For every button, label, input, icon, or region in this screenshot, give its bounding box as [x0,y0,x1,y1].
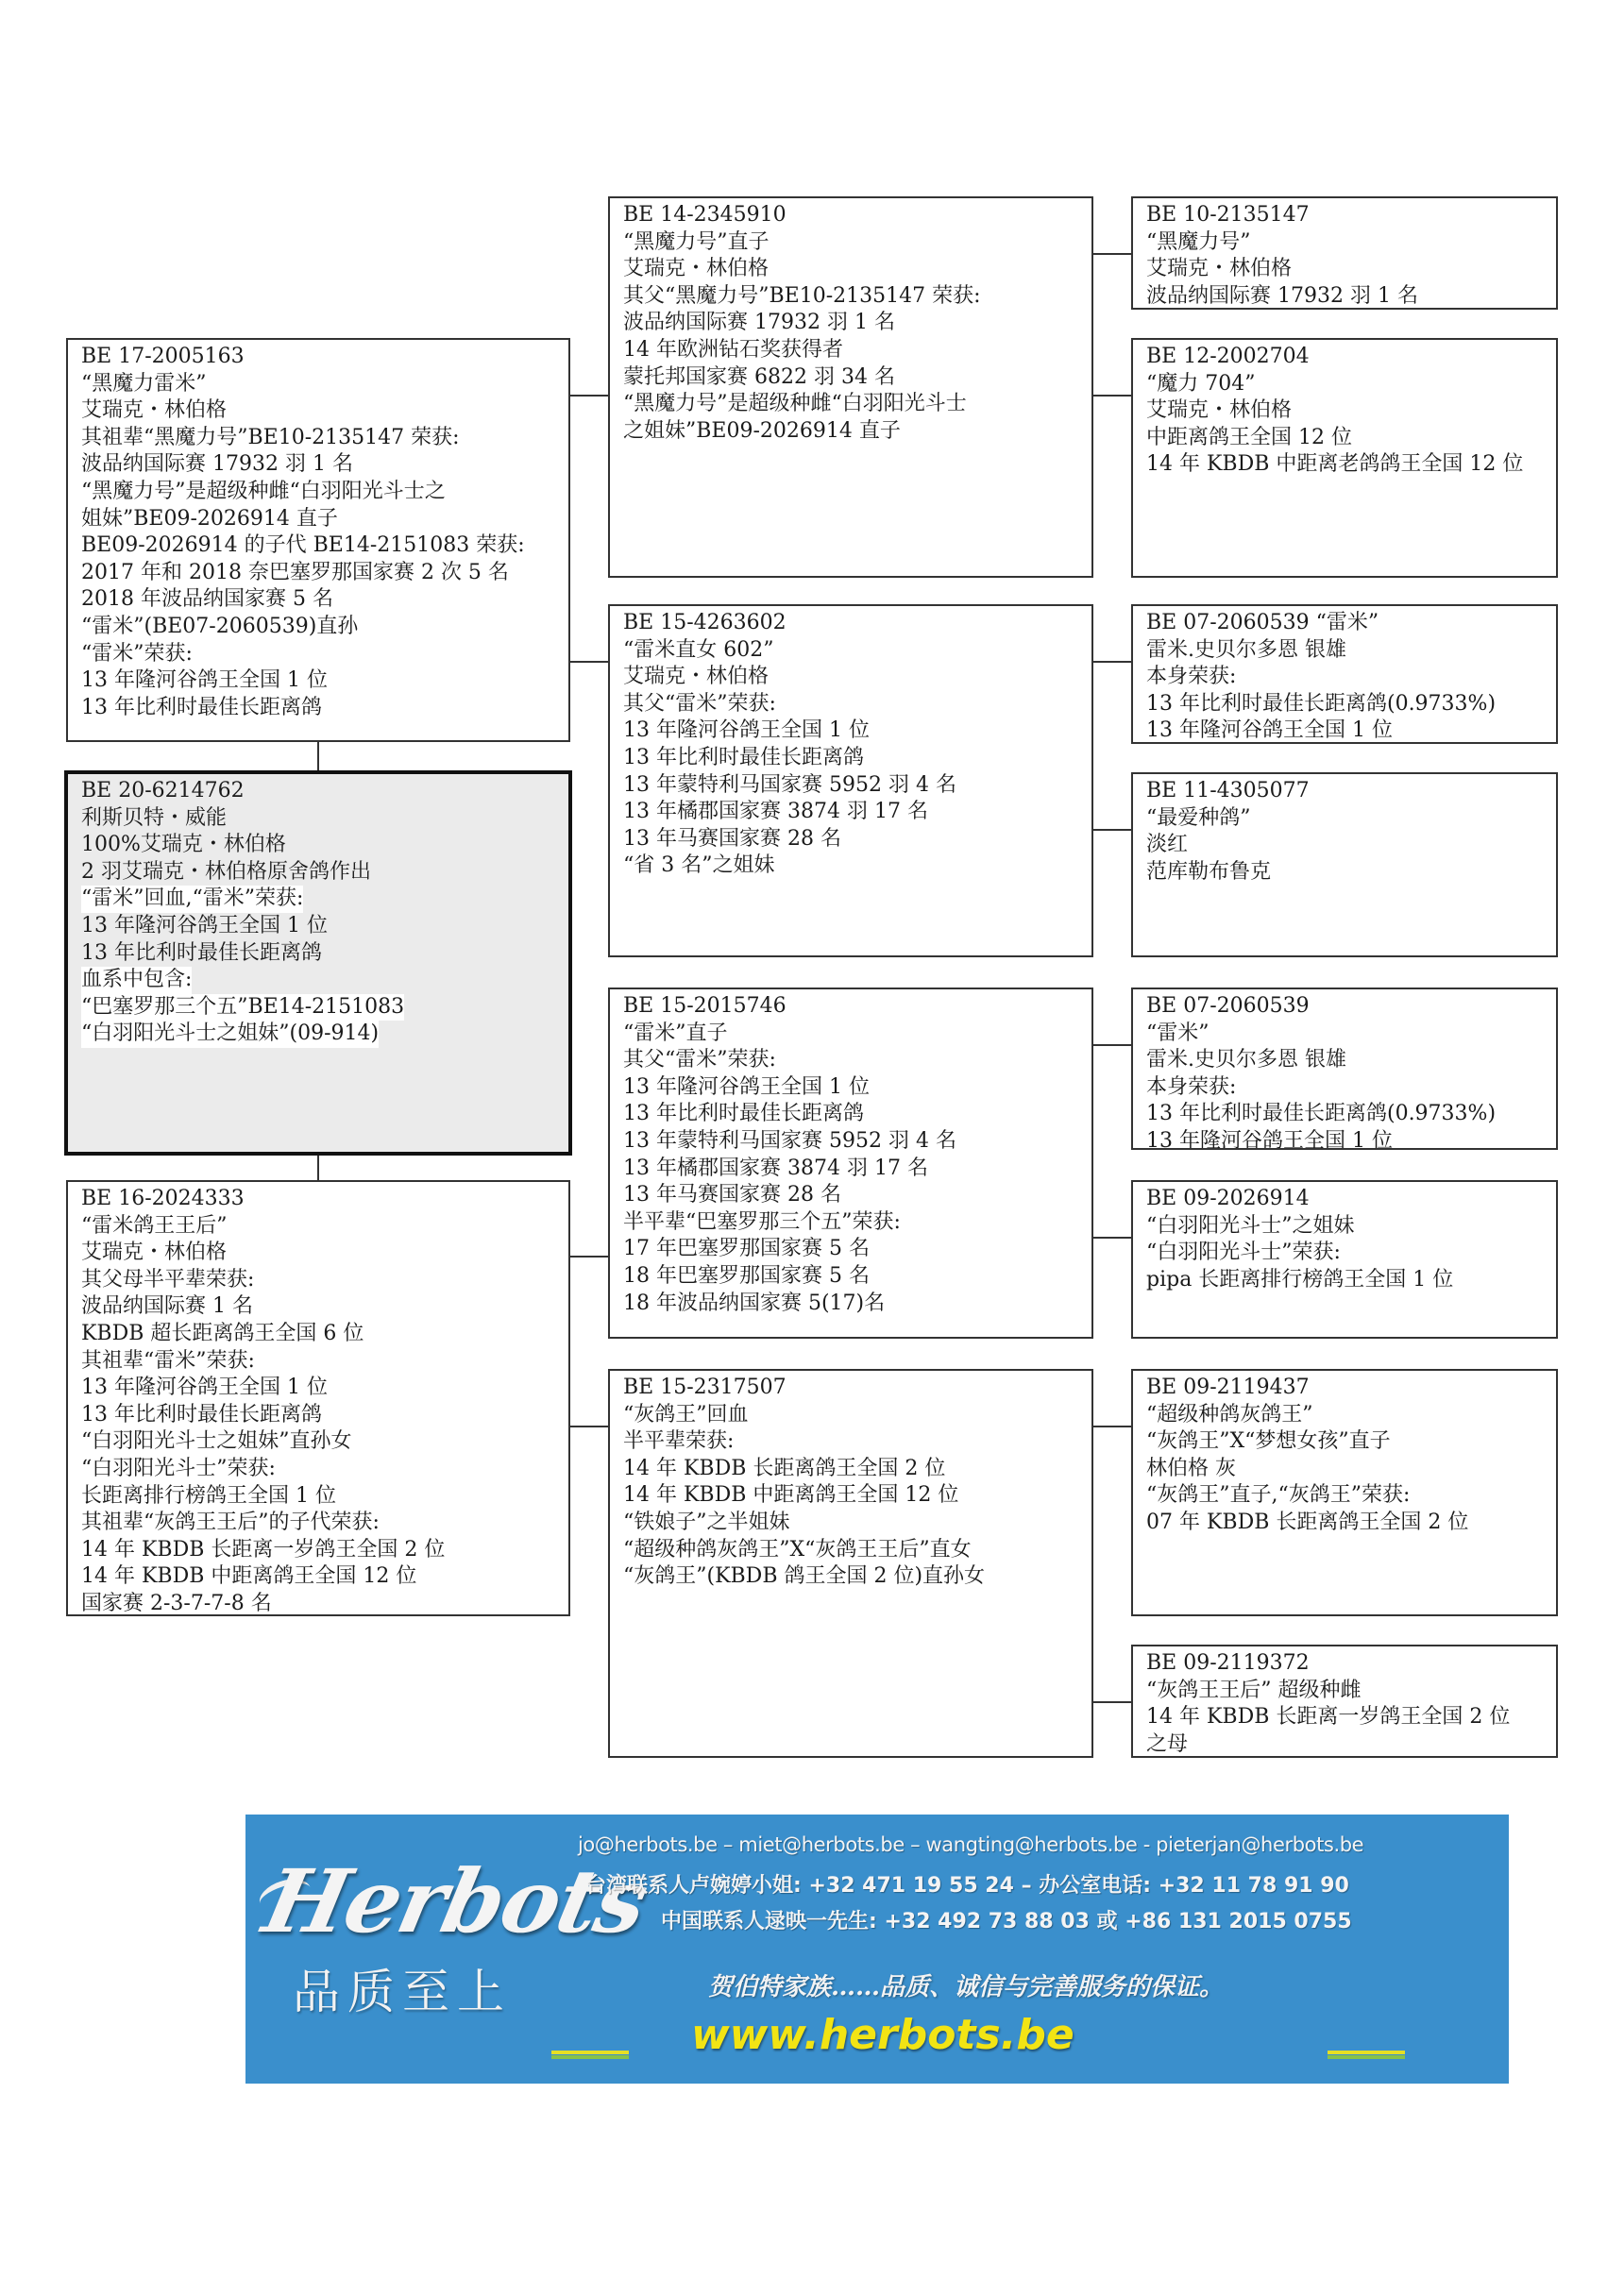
pedigree-line: KBDB 超长距离鸽王全国 6 位 [81,1321,555,1348]
pedigree-line: 中距离鸽王全国 12 位 [1146,425,1543,452]
pedigree-line: 13 年比利时最佳长距离鸽 [623,745,1078,772]
pedigree-line: 14 年 KBDB 中距离老鸽鸽王全国 12 位 [1146,451,1543,479]
pedigree-card-dd-dam: BE 09-2119372“灰鸽王王后” 超级种雌14 年 KBDB 长距离一岁… [1131,1645,1558,1758]
pedigree-line: 13 年橘郡国家赛 3874 羽 17 名 [623,1156,1078,1183]
pedigree-line: “灰鸽王”回血 [623,1402,1078,1429]
pedigree-line: “雷米”(BE07-2060539)直孙 [81,614,555,641]
pedigree-line: 07 年 KBDB 长距离鸽王全国 2 位 [1146,1510,1543,1537]
ring-number: BE 17-2005163 [81,344,555,371]
pedigree-line: 18 年波品纳国家赛 5(17)名 [623,1291,1078,1318]
pedigree-line: “魔力 704” [1146,371,1543,398]
pedigree-line: 13 年蒙特利马国家赛 5952 羽 4 名 [623,1128,1078,1156]
pedigree-line: 其祖辈“黑魔力号”BE10-2135147 荣获: [81,425,555,452]
pedigree-line: 13 年比利时最佳长距离鸽 [623,1101,1078,1128]
pedigree-line: “黑魔力雷米” [81,371,555,398]
ring-number: BE 15-2015746 [623,993,1078,1021]
pedigree-line: 艾瑞克・林伯格 [81,397,555,425]
pedigree-card-sire: BE 17-2005163“黑魔力雷米”艾瑞克・林伯格其祖辈“黑魔力号”BE10… [66,338,570,742]
tagline: 贺伯特家族……品质、诚信与完善服务的保证。 [708,1967,1224,2002]
decorative-line-right [1328,2051,1405,2054]
pedigree-line: “最爱种鸽” [1146,805,1543,833]
pedigree-card-dam: BE 16-2024333“雷米鸽王王后”艾瑞克・林伯格其父母半平辈荣获:波品纳… [66,1180,570,1616]
ring-number: BE 07-2060539 [1146,993,1543,1021]
pedigree-line: 14 年 KBDB 长距离一岁鸽王全国 2 位 [1146,1704,1543,1731]
taiwan-contact: 台湾联系人卢婉婷小姐: +32 471 19 55 24 – 办公室电话: +3… [585,1869,1349,1899]
connector-sd-dam [1093,829,1131,831]
pedigree-line: 波品纳国际赛 17932 羽 1 名 [1146,283,1543,310]
pedigree-line: 2018 年波品纳国家赛 5 名 [81,586,555,614]
pedigree-card-dam-dam: BE 15-2317507“灰鸽王”回血半平辈荣获:14 年 KBDB 长距离鸽… [608,1369,1093,1758]
pedigree-card-ds-dam: BE 09-2026914“白羽阳光斗士”之姐妹“白羽阳光斗士”荣获:pipa … [1131,1180,1558,1339]
pedigree-card-dd-sire: BE 09-2119437“超级种鸽灰鸽王”“灰鸽王”X“梦想女孩”直子林伯格 … [1131,1369,1558,1616]
pedigree-line: 其父“雷米”荣获: [623,1047,1078,1074]
pedigree-line: 其父母半平辈荣获: [81,1267,555,1294]
pedigree-line: “白羽阳光斗士之姐妹”直孙女 [81,1428,555,1456]
ring-number: BE 15-4263602 [623,610,1078,637]
highlighted-text: “白羽阳光斗士之姐妹”(09-914) [81,1021,379,1048]
pedigree-line: 淡红 [1146,832,1543,859]
pedigree-line: “白羽阳光斗士”之姐妹 [1146,1213,1543,1241]
pedigree-card-ss-dam: BE 12-2002704“魔力 704”艾瑞克・林伯格中距离鸽王全国 12 位… [1131,338,1558,578]
highlighted-text: “巴塞罗那三个五”BE14-2151083 [81,994,404,1021]
pedigree-line: “黑魔力号”是超级种雌“白羽阳光斗士之 [81,479,555,506]
pedigree-line: 半平辈荣获: [623,1428,1078,1456]
pedigree-line: 13 年马赛国家赛 28 名 [623,1182,1078,1209]
pedigree-line: 13 年隆河谷鸽王全国 1 位 [81,913,555,940]
pedigree-line: “巴塞罗那三个五”BE14-2151083 [81,994,555,1021]
ring-number: BE 11-4305077 [1146,778,1543,805]
pedigree-line: 13 年隆河谷鸽王全国 1 位 [1146,1128,1543,1150]
pedigree-line: 13 年橘郡国家赛 3874 羽 17 名 [623,799,1078,826]
pedigree-line: “白羽阳光斗士”荣获: [81,1456,555,1483]
pedigree-line: 2017 年和 2018 奈巴塞罗那国家赛 2 次 5 名 [81,560,555,587]
pedigree-line: 艾瑞克・林伯格 [623,664,1078,691]
connector-sd-sire [1093,661,1131,663]
pedigree-line: 艾瑞克・林伯格 [1146,397,1543,425]
pedigree-line: 13 年比利时最佳长距离鸽(0.9733%) [1146,1101,1543,1128]
pedigree-line: 18 年巴塞罗那国家赛 5 名 [623,1263,1078,1291]
pedigree-line: 长距离排行榜鸽王全国 1 位 [81,1483,555,1511]
pedigree-line: pipa 长距离排行榜鸽王全国 1 位 [1146,1267,1543,1294]
pedigree-line: 波品纳国际赛 1 名 [81,1293,555,1321]
pedigree-card-sire-sire: BE 14-2345910“黑魔力号”直子艾瑞克・林伯格其父“黑魔力号”BE10… [608,196,1093,578]
pedigree-line: 艾瑞克・林伯格 [623,256,1078,283]
pedigree-card-ss-sire: BE 10-2135147“黑魔力号”艾瑞克・林伯格波品纳国际赛 17932 羽… [1131,196,1558,310]
pedigree-line: 艾瑞克・林伯格 [1146,256,1543,283]
connector-subject-dam [317,1154,319,1180]
ring-number: BE 16-2024333 [81,1186,555,1213]
ring-number: BE 09-2119372 [1146,1650,1543,1678]
pedigree-line: “灰鸽王”直子,“灰鸽王”荣获: [1146,1482,1543,1510]
pedigree-line: 国家赛 2-3-7-7-8 名 [81,1591,555,1616]
pedigree-line: “雷米” [1146,1021,1543,1048]
connector-dd-sire [1093,1426,1131,1427]
pedigree-line: 半平辈“巴塞罗那三个五”荣获: [623,1209,1078,1237]
pedigree-line: 100%艾瑞克・林伯格 [81,832,555,859]
pedigree-line: 之姐妹”BE09-2026914 直子 [623,418,1078,446]
pedigree-line: “雷米”荣获: [81,641,555,668]
contact-emails[interactable]: jo@herbots.be – miet@herbots.be – wangti… [578,1833,1363,1856]
pedigree-line: “省 3 名”之姐妹 [623,853,1078,880]
pedigree-line: 本身荣获: [1146,664,1543,691]
connector-ds-dam [1093,1237,1131,1239]
herbots-banner: Herbots 品质至上 jo@herbots.be – miet@herbot… [245,1815,1509,2084]
pedigree-line: 艾瑞克・林伯格 [81,1240,555,1267]
website-link[interactable]: www.herbots.be [691,2011,1074,2059]
pedigree-line: 14 年 KBDB 中距离鸽王全国 12 位 [623,1482,1078,1510]
connector-ss-sire [1093,253,1131,255]
slogan: 品质至上 [293,1954,512,2022]
pedigree-line: 之母 [1146,1731,1543,1758]
pedigree-line: 13 年比利时最佳长距离鸽 [81,695,555,722]
pedigree-card-ds-sire: BE 07-2060539“雷米”雷米.史贝尔多恩 银雄本身荣获:13 年比利时… [1131,988,1558,1150]
connector-subject-sire [317,742,319,772]
pedigree-line: 本身荣获: [1146,1074,1543,1102]
pedigree-line: 13 年比利时最佳长距离鸽(0.9733%) [1146,691,1543,718]
herbots-logo: Herbots [256,1850,655,1952]
ring-number: BE 20-6214762 [81,778,555,805]
pedigree-card-subject: BE 20-6214762利斯贝特・威能100%艾瑞克・林伯格2 羽艾瑞克・林伯… [64,770,572,1156]
connector-sire-dam [570,661,608,663]
pedigree-line: BE09-2026914 的子代 BE14-2151083 荣获: [81,532,555,560]
pedigree-line: “黑魔力号”直子 [623,229,1078,257]
connector-ss-dam [1093,395,1131,397]
pedigree-line: 13 年隆河谷鸽王全国 1 位 [81,1375,555,1402]
pedigree-line: “雷米直女 602” [623,637,1078,665]
pedigree-line: 14 年欧洲钻石奖获得者 [623,337,1078,364]
pedigree-card-sd-dam: BE 11-4305077“最爱种鸽”淡红范库勒布鲁克 [1131,772,1558,957]
pedigree-line: 其父“雷米”荣获: [623,691,1078,718]
pedigree-line: “白羽阳光斗士”荣获: [1146,1240,1543,1267]
pedigree-line: 雷米.史贝尔多恩 银雄 [1146,637,1543,665]
pedigree-line: “灰鸽王王后” 超级种雌 [1146,1678,1543,1705]
pedigree-card-sire-dam: BE 15-4263602“雷米直女 602”艾瑞克・林伯格其父“雷米”荣获:1… [608,604,1093,957]
ring-number: BE 12-2002704 [1146,344,1543,371]
pedigree-line: 血系中包含: [81,967,555,994]
ring-number: BE 09-2026914 [1146,1186,1543,1213]
ring-number: BE 10-2135147 [1146,202,1543,229]
pedigree-line: “黑魔力号”是超级种雌“白羽阳光斗士 [623,391,1078,418]
pedigree-line: “灰鸽王”X“梦想女孩”直子 [1146,1428,1543,1456]
pedigree-line: 波品纳国际赛 17932 羽 1 名 [81,451,555,479]
pedigree-line: 17 年巴塞罗那国家赛 5 名 [623,1236,1078,1263]
pedigree-line: “白羽阳光斗士之姐妹”(09-914) [81,1021,555,1048]
highlighted-text: “雷米”回血,“雷米”荣获: [81,886,303,913]
pedigree-line: 雷米.史贝尔多恩 银雄 [1146,1047,1543,1074]
pedigree-line: 范库勒布鲁克 [1146,859,1543,886]
pedigree-line: 利斯贝特・威能 [81,805,555,833]
connector-sire-sire [570,395,608,397]
pedigree-line: 13 年马赛国家赛 28 名 [623,826,1078,853]
connector-ds-sire [1093,1044,1131,1046]
pedigree-line: 其祖辈“灰鸽王王后”的子代荣获: [81,1510,555,1537]
pedigree-line: 14 年 KBDB 长距离一岁鸽王全国 2 位 [81,1537,555,1564]
pedigree-line: 14 年 KBDB 长距离鸽王全国 2 位 [623,1456,1078,1483]
pedigree-line: “黑魔力号” [1146,229,1543,257]
pedigree-line: “铁娘子”之半姐妹 [623,1510,1078,1537]
china-contact: 中国联系人逯映一先生: +32 492 73 88 03 或 +86 131 2… [661,1905,1352,1934]
pedigree-line: “超级种鸽灰鸽王”X“灰鸽王王后”直女 [623,1537,1078,1564]
pedigree-line: 蒙托邦国家赛 6822 羽 34 名 [623,364,1078,392]
pedigree-card-dam-sire: BE 15-2015746“雷米”直子其父“雷米”荣获:13 年隆河谷鸽王全国 … [608,988,1093,1339]
connector-dam-dam [570,1426,608,1427]
pedigree-line: “雷米”直子 [623,1021,1078,1048]
pedigree-line: 13 年隆河谷鸽王全国 1 位 [623,1074,1078,1102]
pedigree-line: 13 年比利时最佳长距离鸽 [81,1402,555,1429]
pedigree-line: 14 年 KBDB 中距离鸽王全国 12 位 [81,1563,555,1591]
pedigree-line: “超级种鸽灰鸽王” [1146,1402,1543,1429]
connector-dam-sire [570,1256,608,1258]
pedigree-line: 13 年比利时最佳长距离鸽 [81,940,555,968]
pedigree-line: 其祖辈“雷米”荣获: [81,1348,555,1376]
pedigree-line: 13 年隆河谷鸽王全国 1 位 [1146,717,1543,744]
pedigree-line: “灰鸽王”(KBDB 鸽王全国 2 位)直孙女 [623,1563,1078,1591]
pedigree-line: 波品纳国际赛 17932 羽 1 名 [623,310,1078,337]
pedigree-line: 姐妹”BE09-2026914 直子 [81,506,555,533]
ring-number: BE 07-2060539 “雷米” [1146,610,1543,637]
highlighted-text: 血系中包含: [81,967,192,994]
pedigree-line: 13 年隆河谷鸽王全国 1 位 [81,667,555,695]
connector-dd-dam [1093,1701,1131,1703]
pedigree-card-sd-sire: BE 07-2060539 “雷米”雷米.史贝尔多恩 银雄本身荣获:13 年比利… [1131,604,1558,744]
ring-number: BE 14-2345910 [623,202,1078,229]
pedigree-line: 2 羽艾瑞克・林伯格原舍鸽作出 [81,859,555,886]
pedigree-line: 13 年蒙特利马国家赛 5952 羽 4 名 [623,772,1078,800]
pedigree-line: “雷米”回血,“雷米”荣获: [81,886,555,913]
ring-number: BE 09-2119437 [1146,1375,1543,1402]
decorative-line-left [551,2051,629,2054]
pedigree-line: 13 年隆河谷鸽王全国 1 位 [623,717,1078,745]
pedigree-line: “雷米鸽王王后” [81,1213,555,1241]
pedigree-line: 其父“黑魔力号”BE10-2135147 荣获: [623,283,1078,311]
ring-number: BE 15-2317507 [623,1375,1078,1402]
pedigree-line: 林伯格 灰 [1146,1456,1543,1483]
